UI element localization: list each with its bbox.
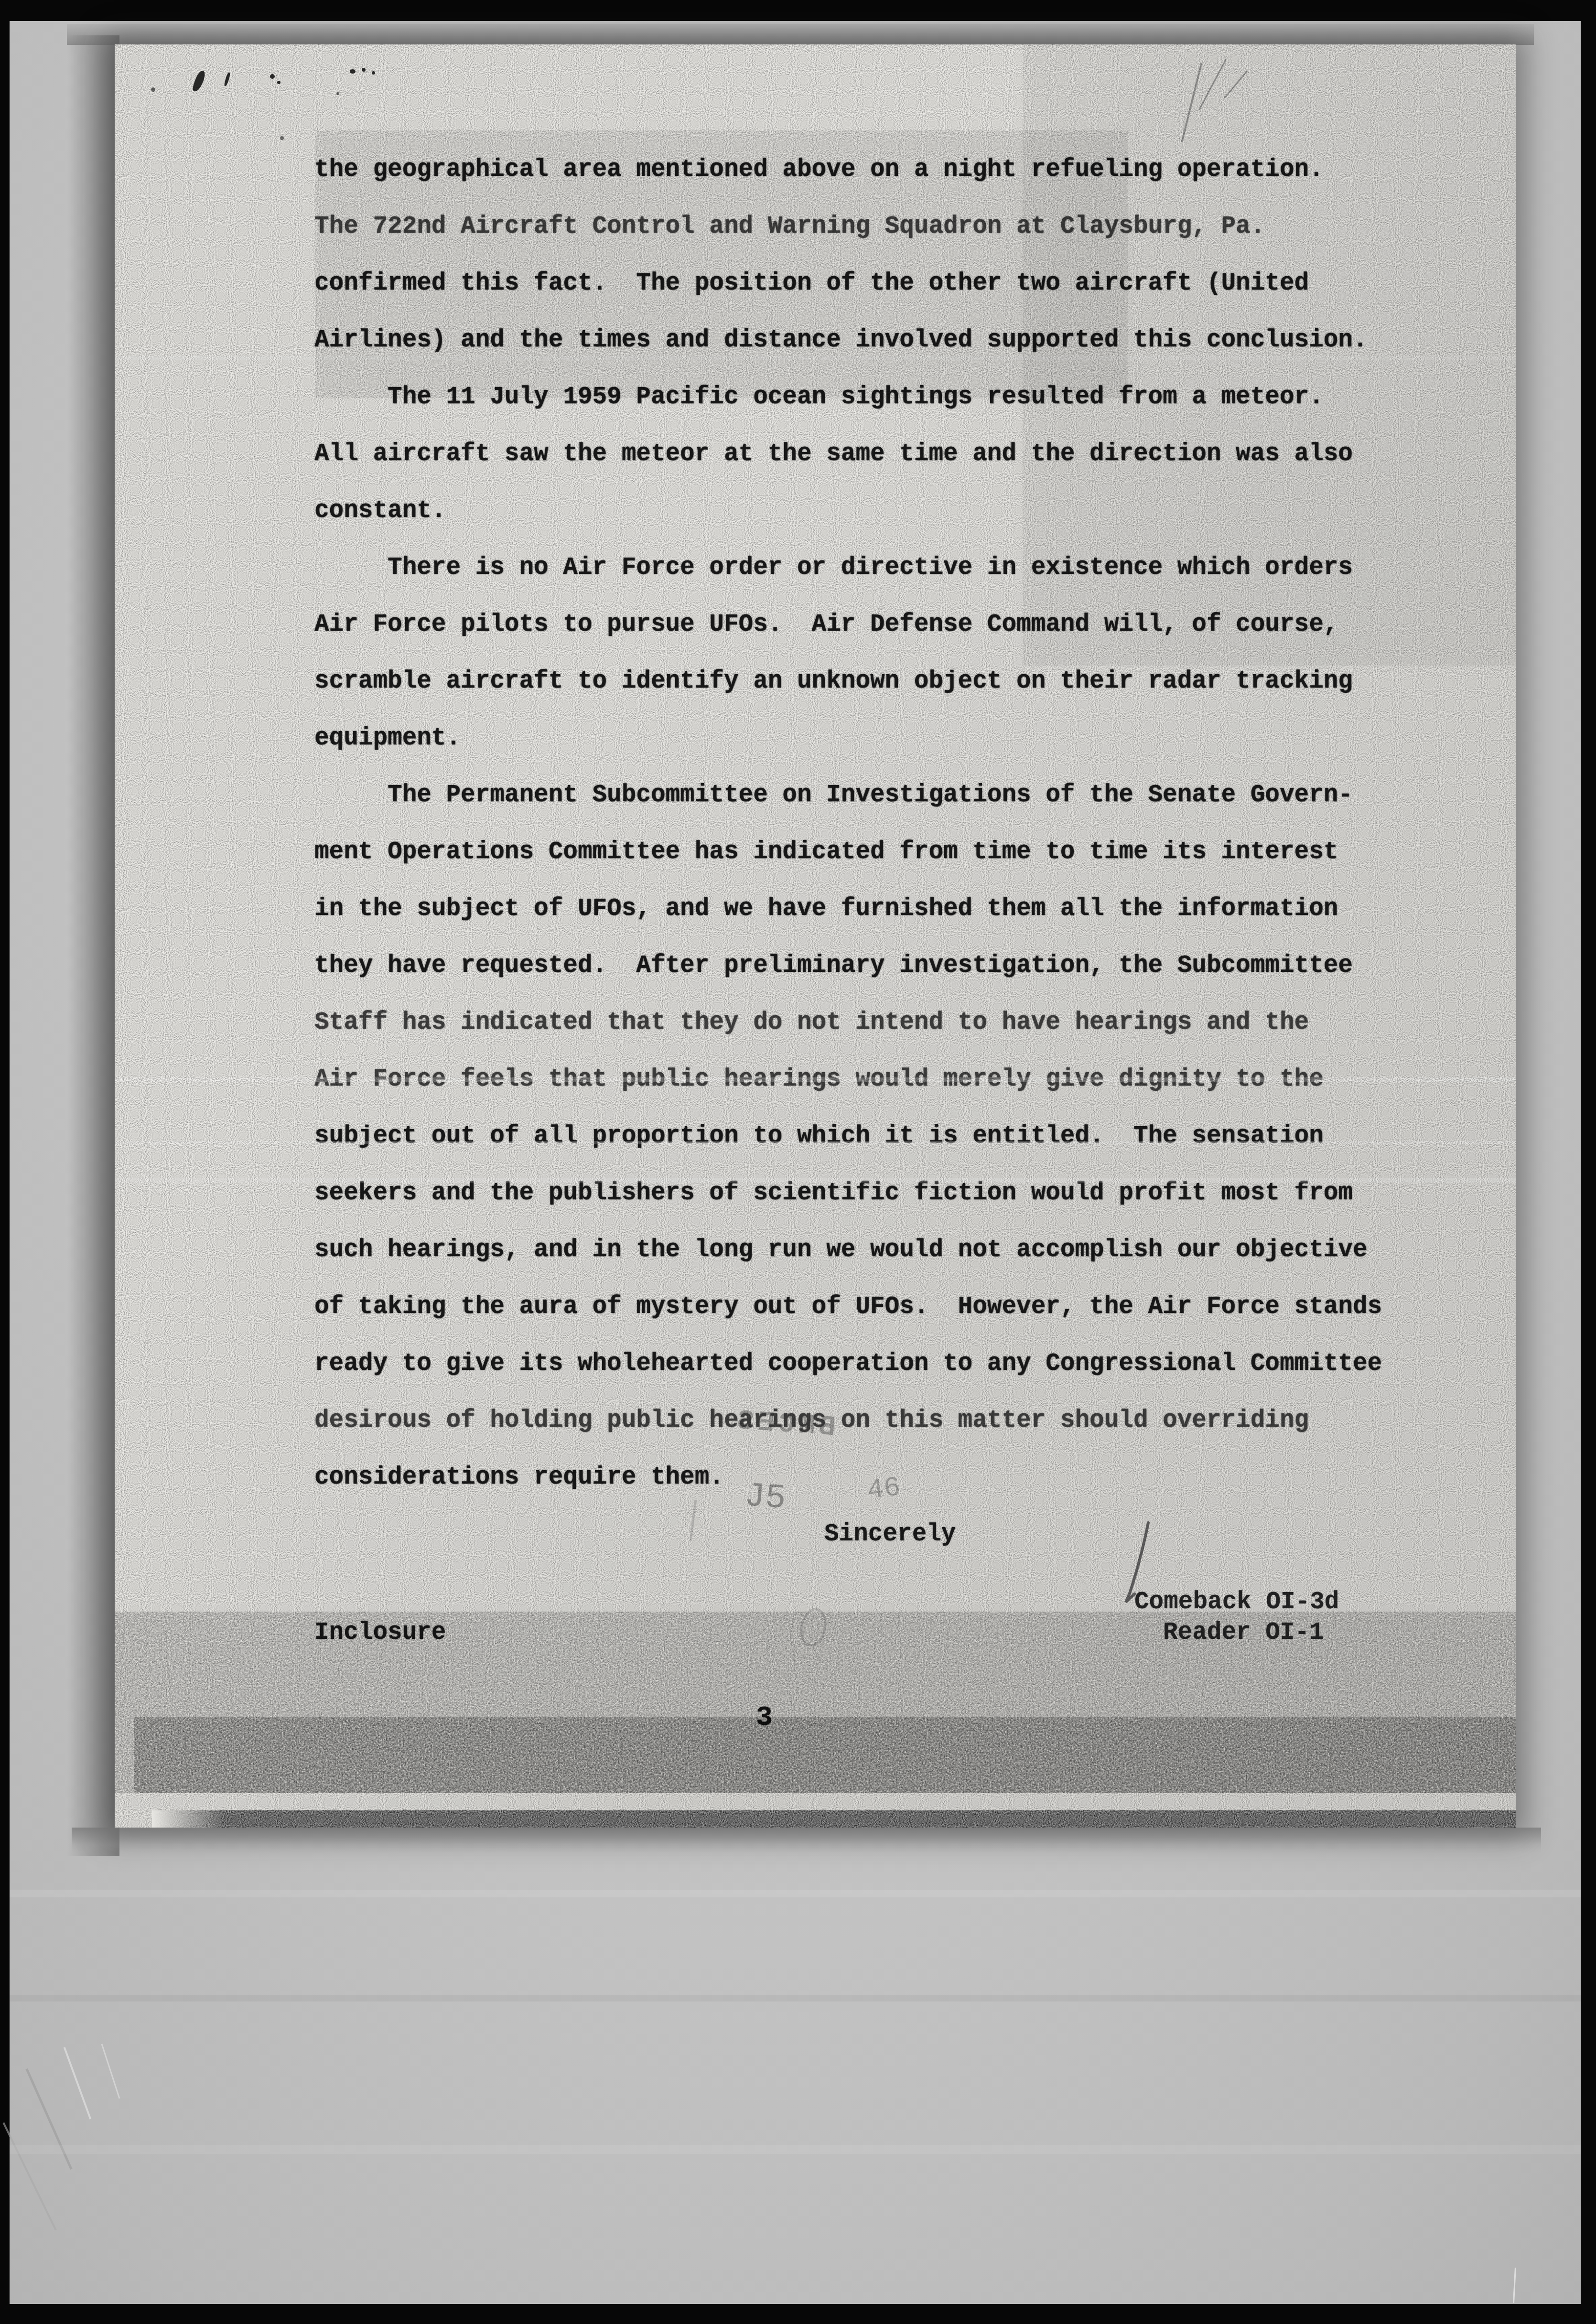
typed-line: The 722nd Aircraft Control and Warning S… <box>314 198 1471 255</box>
pencil-scratch <box>1198 59 1227 110</box>
typed-line: seekers and the publishers of scientific… <box>314 1165 1471 1222</box>
scan-streak <box>115 356 1516 360</box>
ink-speck <box>270 74 275 79</box>
typed-line: the geographical area mentioned above on… <box>314 141 1471 198</box>
typed-line: such hearings, and in the long run we wo… <box>314 1222 1471 1279</box>
document-page: the geographical area mentioned above on… <box>115 44 1516 1828</box>
typed-line: All aircraft saw the meteor at the same … <box>314 426 1471 483</box>
ink-smudge <box>224 72 230 87</box>
typed-line: in the subject of UFOs, and we have furn… <box>314 881 1471 937</box>
typed-line: confirmed this fact. The position of the… <box>314 255 1471 312</box>
ink-speck <box>372 71 375 75</box>
ink-speck <box>336 92 339 95</box>
ink-speck <box>362 68 366 72</box>
typed-line: The 11 July 1959 Pacific ocean sightings… <box>314 369 1471 426</box>
typed-line: equipment. <box>314 710 1471 767</box>
typed-line: scramble aircraft to identify an unknown… <box>314 653 1471 710</box>
ink-speck <box>350 69 356 74</box>
typed-line: Airlines) and the times and distance inv… <box>314 312 1471 369</box>
scan-streak <box>115 1077 1516 1082</box>
backing-scratch <box>25 2068 72 2170</box>
typed-line: Staff has indicated that they do not int… <box>314 994 1471 1051</box>
ink-speck <box>277 81 280 84</box>
backing-streak <box>10 1890 1581 1897</box>
typed-line: There is no Air Force order or directive… <box>314 539 1471 596</box>
typed-line: ment Operations Committee has indicated … <box>314 824 1471 881</box>
pencil-scratch <box>1181 63 1202 142</box>
typed-line: desirous of holding public hearings on t… <box>314 1392 1471 1449</box>
scan-streak <box>115 1178 1516 1183</box>
routing-annotation-reader: Reader OI-1 <box>1163 1619 1324 1646</box>
backing-streak <box>10 1995 1581 2001</box>
typed-body: the geographical area mentioned above on… <box>314 141 1471 1506</box>
backing-scratch <box>1513 2268 1516 2303</box>
backing-streak <box>10 2145 1581 2154</box>
pencil-scratch <box>1224 70 1248 98</box>
typed-line: Air Force pilots to pursue UFOs. Air Def… <box>314 596 1471 653</box>
handwritten-mark: 46 <box>865 1472 902 1507</box>
typed-line: they have requested. After preliminary i… <box>314 937 1471 994</box>
page-edge-shadow-bottom <box>72 1828 1541 1852</box>
inclosure-label: Inclosure <box>314 1619 446 1646</box>
page-edge-shadow-left <box>67 35 119 1856</box>
typed-line: constant. <box>314 483 1471 539</box>
routing-annotation-comeback: Comeback OI-3d <box>1134 1589 1339 1616</box>
faint-pencil-loop <box>797 1605 830 1649</box>
typed-line: ready to give its wholehearted cooperati… <box>314 1335 1471 1392</box>
typed-line: subject out of all proportion to which i… <box>314 1108 1471 1165</box>
scan-streak <box>115 1141 1516 1144</box>
scanned-letter-photograph: the geographical area mentioned above on… <box>0 0 1596 2324</box>
ink-speck <box>151 87 155 92</box>
ink-speck <box>280 136 284 140</box>
page-number: 3 <box>756 1702 773 1733</box>
typed-line: of taking the aura of mystery out of UFO… <box>314 1279 1471 1335</box>
typed-line: The Permanent Subcommittee on Investigat… <box>314 767 1471 824</box>
photo-backing: the geographical area mentioned above on… <box>10 21 1581 2304</box>
page-edge-shadow-top <box>67 24 1534 45</box>
backing-scratch <box>64 2047 91 2120</box>
closing-sincerely: Sincerely <box>824 1521 956 1548</box>
backing-scratch <box>2 2122 56 2230</box>
ink-smudge <box>192 69 206 93</box>
backing-scratch <box>101 2044 120 2098</box>
handwritten-mark: J5 <box>743 1476 787 1518</box>
